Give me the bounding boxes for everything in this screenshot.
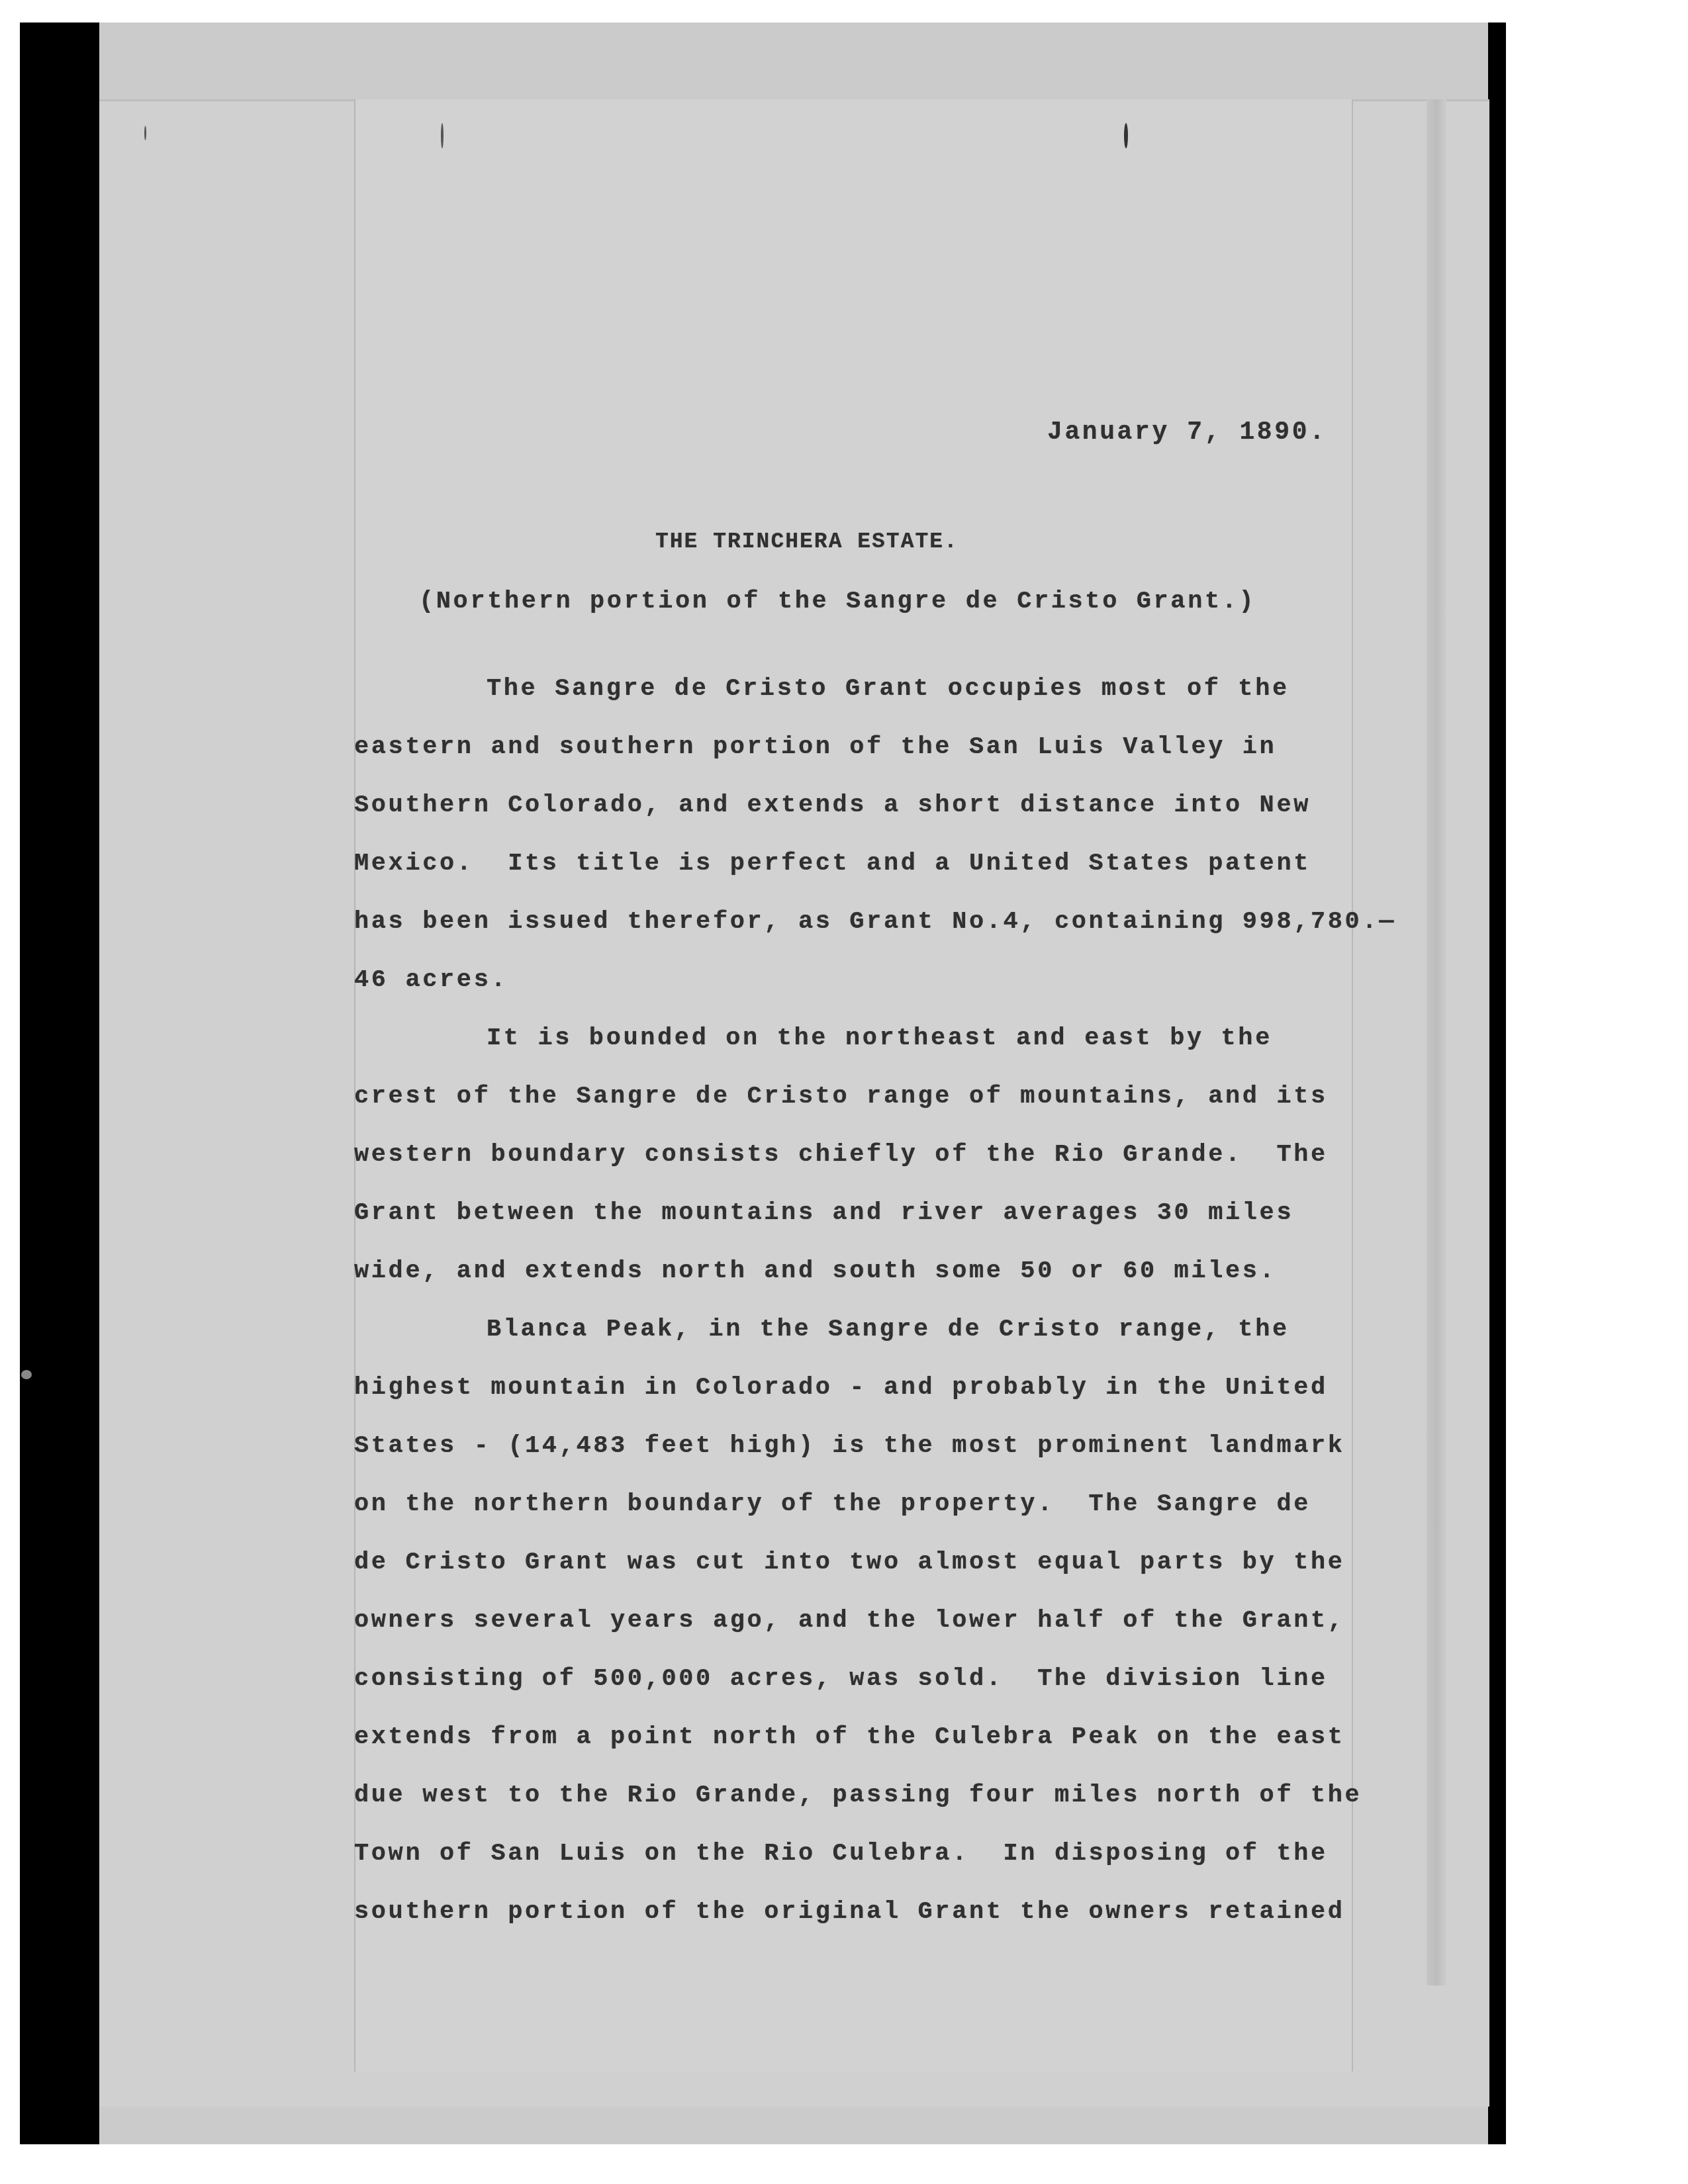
- paragraph-line: Blanca Peak, in the Sangre de Cristo ran…: [487, 1316, 1289, 1343]
- paragraph-line: crest of the Sangre de Cristo range of m…: [354, 1083, 1328, 1111]
- document-title: THE TRINCHERA ESTATE.: [655, 529, 959, 554]
- paragraph-line: on the northern boundary of the property…: [354, 1490, 1311, 1518]
- paragraph-line: The Sangre de Cristo Grant occupies most…: [487, 675, 1289, 703]
- scan-mark: [441, 123, 444, 148]
- paragraph-line: Grant between the mountains and river av…: [354, 1199, 1293, 1227]
- paragraph-line: southern portion of the original Grant t…: [354, 1898, 1345, 1926]
- paragraph-line: has been issued therefor, as Grant No.4,…: [354, 908, 1396, 936]
- paragraph-line: States - (14,483 feet high) is the most …: [354, 1432, 1345, 1460]
- paragraph-line: extends from a point north of the Culebr…: [354, 1723, 1345, 1751]
- paragraph-line: It is bounded on the northeast and east …: [487, 1024, 1272, 1052]
- page-edge-fold: [1427, 99, 1446, 1985]
- paragraph-line: highest mountain in Colorado - and proba…: [354, 1374, 1328, 1402]
- scan-mark: [144, 126, 146, 140]
- paragraph-line: 46 acres.: [354, 966, 508, 994]
- document-date: January 7, 1890.: [1047, 418, 1327, 447]
- paragraph-line: due west to the Rio Grande, passing four…: [354, 1782, 1362, 1809]
- paragraph-line: western boundary consists chiefly of the…: [354, 1141, 1328, 1169]
- paragraph-line: Town of San Luis on the Rio Culebra. In …: [354, 1840, 1328, 1868]
- scan-mark: [1124, 123, 1128, 148]
- document-subtitle: (Northern portion of the Sangre de Crist…: [419, 588, 1256, 615]
- paragraph-line: wide, and extends north and south some 5…: [354, 1257, 1276, 1285]
- paragraph-line: Southern Colorado, and extends a short d…: [354, 792, 1311, 819]
- paragraph-line: Mexico. Its title is perfect and a Unite…: [354, 850, 1311, 878]
- paragraph-line: consisting of 500,000 acres, was sold. T…: [354, 1665, 1328, 1693]
- paragraph-line: eastern and southern portion of the San …: [354, 733, 1276, 761]
- paragraph-line: de Cristo Grant was cut into two almost …: [354, 1549, 1345, 1576]
- scan-mark: [21, 1370, 32, 1379]
- paragraph-line: owners several years ago, and the lower …: [354, 1607, 1345, 1635]
